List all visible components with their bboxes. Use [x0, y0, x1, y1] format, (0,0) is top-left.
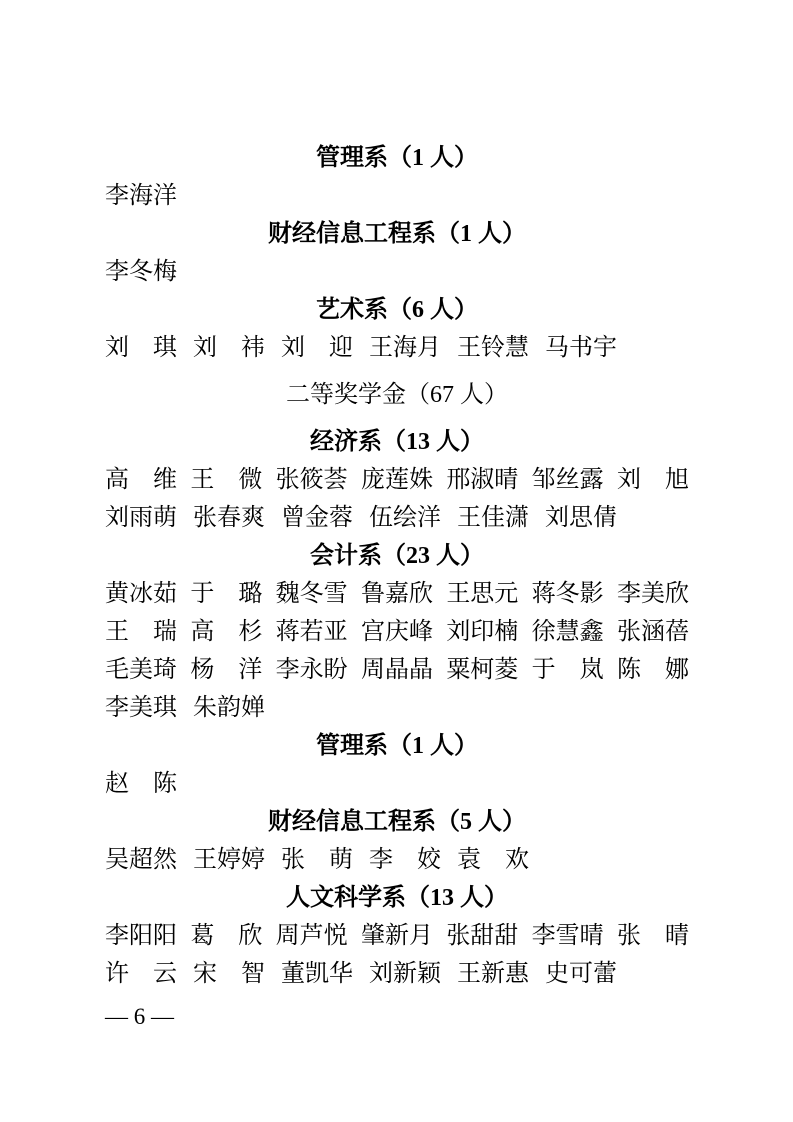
student-name: 王思元: [446, 575, 518, 613]
names-row: 毛美琦杨 洋李永盼周晶晶粟柯菱于 岚陈 娜: [105, 651, 689, 689]
names-row: 李阳阳葛 欣周芦悦肇新月张甜甜李雪晴张 晴: [105, 917, 689, 955]
names-row: 许 云宋 智董凯华刘新颖王新惠史可蕾: [105, 955, 689, 993]
student-name: 张 萌: [281, 841, 353, 879]
names-row: 高 维王 微张筱荟庞莲姝邢淑晴邹丝露刘 旭: [105, 461, 689, 499]
student-name: 鲁嘉欣: [361, 575, 433, 613]
student-name: 邹丝露: [532, 461, 604, 499]
dept-heading: 会计系（23 人）: [105, 537, 689, 575]
student-name: 王 微: [190, 461, 262, 499]
student-name: 李阳阳: [105, 917, 177, 955]
dept-heading: 财经信息工程系（1 人）: [105, 215, 689, 253]
names-row: 吴超然王婷婷张 萌李 姣袁 欢: [105, 841, 689, 879]
dept-heading: 管理系（1 人）: [105, 139, 689, 177]
student-name: 张筱荟: [276, 461, 348, 499]
dept-heading: 人文科学系（13 人）: [105, 879, 689, 917]
dept-heading: 管理系（1 人）: [105, 727, 689, 765]
student-name: 于 岚: [532, 651, 604, 689]
student-name: 朱韵婵: [193, 689, 265, 727]
dept-heading: 艺术系（6 人）: [105, 291, 689, 329]
student-name: 宋 智: [193, 955, 265, 993]
student-name: 李美琪: [105, 689, 177, 727]
student-name: 徐慧鑫: [532, 613, 604, 651]
student-name: 李冬梅: [105, 253, 177, 291]
student-name: 刘 祎: [193, 329, 265, 367]
names-row: 李冬梅: [105, 253, 689, 291]
student-name: 陈 娜: [617, 651, 689, 689]
student-name: 肇新月: [361, 917, 433, 955]
student-name: 毛美琦: [105, 651, 177, 689]
dept-heading: 财经信息工程系（5 人）: [105, 803, 689, 841]
student-name: 伍绘洋: [369, 499, 441, 537]
document-page: 管理系（1 人） 李海洋 财经信息工程系（1 人） 李冬梅 艺术系（6 人） 刘…: [0, 0, 793, 1122]
page-content: 管理系（1 人） 李海洋 财经信息工程系（1 人） 李冬梅 艺术系（6 人） 刘…: [105, 139, 689, 993]
student-name: 李 姣: [369, 841, 441, 879]
student-name: 刘印楠: [446, 613, 518, 651]
student-name: 许 云: [105, 955, 177, 993]
student-name: 刘 迎: [281, 329, 353, 367]
student-name: 邢淑晴: [446, 461, 518, 499]
student-name: 马书宇: [545, 329, 617, 367]
student-name: 刘雨萌: [105, 499, 177, 537]
student-name: 于 璐: [190, 575, 262, 613]
student-name: 董凯华: [281, 955, 353, 993]
student-name: 庞莲姝: [361, 461, 433, 499]
student-name: 吴超然: [105, 841, 177, 879]
scholarship-tier-title: 二等奖学金（67 人）: [105, 376, 689, 414]
student-name: 刘 琪: [105, 329, 177, 367]
student-name: 高 杉: [190, 613, 262, 651]
student-name: 刘思倩: [545, 499, 617, 537]
student-name: 王佳潇: [457, 499, 529, 537]
student-name: 蒋冬影: [532, 575, 604, 613]
dept-heading: 经济系（13 人）: [105, 423, 689, 461]
student-name: 葛 欣: [190, 917, 262, 955]
student-name: 蒋若亚: [276, 613, 348, 651]
names-row: 王 瑞高 杉蒋若亚宫庆峰刘印楠徐慧鑫张涵蓓: [105, 613, 689, 651]
student-name: 曾金蓉: [281, 499, 353, 537]
student-name: 刘新颖: [369, 955, 441, 993]
names-row: 李美琪朱韵婵: [105, 689, 689, 727]
student-name: 李海洋: [105, 177, 177, 215]
page-number: — 6 —: [105, 1000, 174, 1034]
names-row: 李海洋: [105, 177, 689, 215]
student-name: 魏冬雪: [276, 575, 348, 613]
student-name: 袁 欢: [457, 841, 529, 879]
student-name: 张涵蓓: [617, 613, 689, 651]
student-name: 张春爽: [193, 499, 265, 537]
student-name: 李雪晴: [532, 917, 604, 955]
names-row: 赵 陈: [105, 765, 689, 803]
names-row: 黄冰茹于 璐魏冬雪鲁嘉欣王思元蒋冬影李美欣: [105, 575, 689, 613]
student-name: 周晶晶: [361, 651, 433, 689]
student-name: 宫庆峰: [361, 613, 433, 651]
student-name: 黄冰茹: [105, 575, 177, 613]
names-row: 刘雨萌张春爽曾金蓉伍绘洋王佳潇刘思倩: [105, 499, 689, 537]
student-name: 赵 陈: [105, 765, 177, 803]
student-name: 王新惠: [457, 955, 529, 993]
student-name: 杨 洋: [190, 651, 262, 689]
student-name: 王 瑞: [105, 613, 177, 651]
student-name: 刘 旭: [617, 461, 689, 499]
student-name: 史可蕾: [545, 955, 617, 993]
student-name: 张 晴: [617, 917, 689, 955]
student-name: 粟柯菱: [446, 651, 518, 689]
student-name: 高 维: [105, 461, 177, 499]
student-name: 王铃慧: [457, 329, 529, 367]
student-name: 李永盼: [276, 651, 348, 689]
names-row: 刘 琪刘 祎刘 迎王海月王铃慧马书宇: [105, 329, 689, 367]
student-name: 张甜甜: [446, 917, 518, 955]
student-name: 李美欣: [617, 575, 689, 613]
student-name: 周芦悦: [276, 917, 348, 955]
student-name: 王婷婷: [193, 841, 265, 879]
student-name: 王海月: [369, 329, 441, 367]
